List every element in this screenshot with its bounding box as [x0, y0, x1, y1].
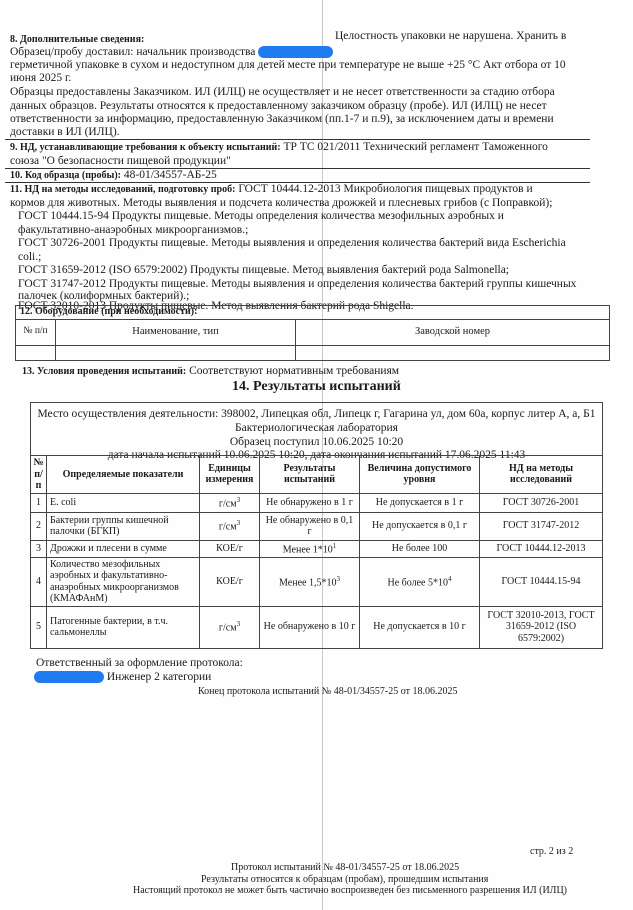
signature-line: Инженер 2 категории	[34, 671, 211, 685]
section13-line: 13. Условия проведения испытаний: Соотве…	[22, 365, 399, 379]
row-limit: Не допускается в 1 г	[360, 493, 480, 512]
section8-line: ответственности за информацию, предостав…	[10, 113, 554, 127]
row-result: Не обнаружено в 1 г	[260, 493, 360, 512]
col-name: Наименование, тип	[56, 319, 296, 345]
table-row: 2 Бактерии группы кишечной палочки (БГКП…	[31, 512, 603, 540]
results-header-row: № п/п Определяемые показатели Единицы из…	[31, 456, 603, 494]
row-num: 2	[31, 512, 47, 540]
result-text: Менее 1*10	[283, 544, 333, 555]
row-num: 1	[31, 493, 47, 512]
table-row: 3 Дрожжи и плесени в сумме КОЕ/г Менее 1…	[31, 540, 603, 557]
results-header-box: Место осуществления деятельности: 398002…	[30, 402, 603, 463]
row-limit: Не более 100	[360, 540, 480, 557]
method-line: coli.;	[18, 251, 41, 265]
section13-title: 13. Условия проведения испытаний:	[22, 366, 186, 377]
unit-sup: 3	[237, 519, 241, 527]
method-line: ГОСТ 10444.15-94 Продукты пищевые. Метод…	[18, 210, 504, 224]
row-indicator: Бактерии группы кишечной палочки (БГКП)	[47, 512, 200, 540]
unit-sup: 3	[237, 496, 241, 504]
table-row: 5 Патогенные бактерии, в т.ч. сальмонелл…	[31, 606, 603, 648]
th-indicator: Определяемые показатели	[47, 456, 200, 494]
empty-cell	[296, 345, 610, 360]
results-table: № п/п Определяемые показатели Единицы из…	[30, 455, 603, 649]
section14-title: 14. Результаты испытаний	[232, 379, 401, 396]
method-line: ГОСТ 30726-2001 Продукты пищевые. Методы…	[18, 237, 566, 251]
unit-text: г/см	[219, 498, 237, 509]
row-num: 5	[31, 606, 47, 648]
section9-line: 9. НД, устанавливающие требования к объе…	[10, 141, 548, 155]
limit-text: Не более 5*10	[388, 577, 448, 588]
section12-title-cell: 12. Оборудование (при необходимости):	[16, 306, 610, 320]
th-result: Результаты испытаний	[260, 456, 360, 494]
empty-cell	[16, 345, 56, 360]
col-serial: Заводской номер	[296, 319, 610, 345]
row-indicator: Дрожжи и плесени в сумме	[47, 540, 200, 557]
redacted-name	[258, 46, 333, 58]
lab-name: Бактериологическая лаборатория	[31, 422, 602, 436]
section8-line: Образцы предоставлены Заказчиком. ИЛ (ИЛ…	[10, 86, 555, 100]
end-note: Конец протокола испытаний № 48-01/34557-…	[198, 686, 457, 698]
limit-sup: 4	[448, 575, 452, 583]
row-unit: г/см3	[200, 512, 260, 540]
row-num: 3	[31, 540, 47, 557]
method-line: факультативно-анаэробных микроорганизмов…	[18, 224, 248, 238]
row-limit: Не более 5*104	[360, 557, 480, 606]
divider	[5, 139, 590, 140]
row-method: ГОСТ 10444.15-94	[480, 557, 603, 606]
section8-line: данных образцов. Результаты относятся к …	[10, 100, 547, 114]
section8-line: доставки в ИЛ (ИЛЦ).	[10, 126, 120, 140]
section8-line: Образец/пробу доставил: начальник произв…	[10, 46, 333, 60]
table-row: 1 E. coli г/см3 Не обнаружено в 1 г Не д…	[31, 493, 603, 512]
section8-line: герметичной упаковке в сухом и недоступн…	[10, 59, 566, 73]
unit-sup: 3	[237, 620, 241, 628]
section10-title: 10. Код образца (пробы):	[10, 170, 121, 181]
signature-position: Инженер 2 категории	[107, 671, 211, 683]
result-text: Менее 1,5*10	[279, 577, 336, 588]
th-num: № п/п	[31, 456, 47, 494]
section9-title: 9. НД, устанавливающие требования к объе…	[10, 142, 281, 153]
section11-line: 11. НД на методы исследований, подготовк…	[10, 183, 533, 197]
section11-title: 11. НД на методы исследований, подготовк…	[10, 184, 235, 195]
place-of-activity: Место осуществления деятельности: 398002…	[31, 403, 602, 422]
delivered-by-text: Образец/пробу доставил: начальник произв…	[10, 46, 255, 58]
method-line: ГОСТ 31659-2012 (ISO 6579:2002) Продукты…	[18, 264, 509, 278]
section9-value: ТР ТС 021/2011 Технический регламент Там…	[284, 141, 548, 153]
row-limit: Не допускается в 10 г	[360, 606, 480, 648]
section8-line: июня 2025 г.	[10, 72, 71, 86]
th-unit: Единицы измерения	[200, 456, 260, 494]
row-unit: г/см3	[200, 493, 260, 512]
empty-cell	[56, 345, 296, 360]
row-indicator: Количество мезофильных аэробных и факуль…	[47, 557, 200, 606]
unit-text: г/см	[219, 622, 237, 633]
row-method: ГОСТ 10444.12-2013	[480, 540, 603, 557]
row-result: Не обнаружено в 10 г	[260, 606, 360, 648]
row-indicator: E. coli	[47, 493, 200, 512]
row-indicator: Патогенные бактерии, в т.ч. сальмонеллы	[47, 606, 200, 648]
row-method: ГОСТ 30726-2001	[480, 493, 603, 512]
section13-value: Соответствуют нормативным требованиям	[189, 365, 399, 377]
row-method: ГОСТ 31747-2012	[480, 512, 603, 540]
row-limit: Не допускается в 0,1 г	[360, 512, 480, 540]
footer-line-1: Протокол испытаний № 48-01/34557-25 от 1…	[231, 862, 459, 874]
result-sup: 1	[333, 542, 337, 550]
row-unit: КОЕ/г	[200, 540, 260, 557]
row-num: 4	[31, 557, 47, 606]
section12-title: 12. Оборудование (при необходимости):	[20, 306, 197, 317]
row-result: Менее 1*101	[260, 540, 360, 557]
section8-title: 8. Дополнительные сведения:	[10, 34, 144, 46]
row-result: Менее 1,5*103	[260, 557, 360, 606]
signature-label: Ответственный за оформление протокола:	[36, 657, 243, 671]
section8-line: Целостность упаковки не нарушена. Хранит…	[335, 30, 566, 44]
th-limit: Величина допустимого уровня	[360, 456, 480, 494]
footer-line-3: Настоящий протокол не может быть частичн…	[133, 885, 567, 897]
redacted-signature-name	[34, 671, 104, 683]
row-result: Не обнаружено в 0,1 г	[260, 512, 360, 540]
section9-value-2: союза "О безопасности пищевой продукции"	[10, 155, 231, 169]
method-line: кормов для животных. Методы выявления и …	[10, 197, 552, 211]
sample-received: Образец поступил 10.06.2025 10:20	[31, 436, 602, 450]
row-unit: КОЕ/г	[200, 557, 260, 606]
col-num: № п/п	[16, 319, 56, 345]
th-method: НД на методы исследований	[480, 456, 603, 494]
unit-text: г/см	[219, 521, 237, 532]
page-number: стр. 2 из 2	[530, 846, 573, 858]
sample-code: 48-01/34557-АБ-25	[124, 169, 217, 181]
row-method: ГОСТ 32010-2013, ГОСТ 31659-2012 (ISO 65…	[480, 606, 603, 648]
row-unit: г/см3	[200, 606, 260, 648]
table-row: 4 Количество мезофильных аэробных и факу…	[31, 557, 603, 606]
equipment-table: 12. Оборудование (при необходимости): № …	[15, 305, 610, 361]
section10-line: 10. Код образца (пробы): 48-01/34557-АБ-…	[10, 169, 217, 183]
result-sup: 3	[336, 575, 340, 583]
section11-value: ГОСТ 10444.12-2013 Микробиология пищевых…	[238, 183, 532, 195]
